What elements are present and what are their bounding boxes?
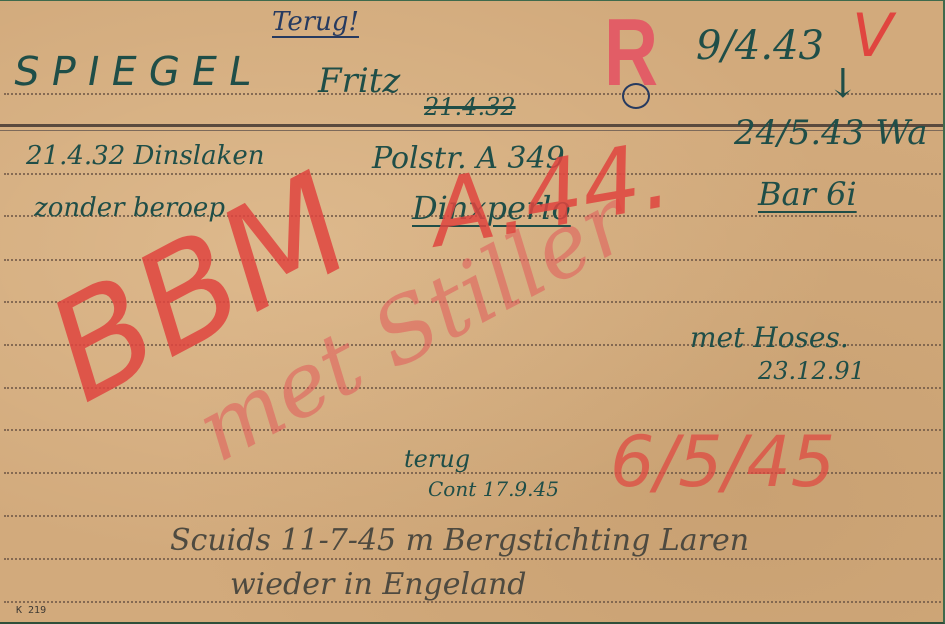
right-note-entry: Bar 6i <box>758 175 857 213</box>
met-date: 23.12.91 <box>758 357 865 385</box>
pencil-note-line1: Scuids 11-7-45 m Bergstichting Laren <box>170 523 749 558</box>
first-name: Fritz <box>318 61 400 101</box>
circled-mark <box>622 83 650 109</box>
met-note: met Hoses. <box>690 321 849 354</box>
cont-note: Cont 17.9.45 <box>428 477 559 501</box>
right-date-entry: 24/5.43 Wa <box>734 113 928 153</box>
index-card: met Stiller SPIEGEL Terug! Fritz 21.4.32… <box>0 0 945 623</box>
terug-note: terug <box>404 445 470 473</box>
ruled-line <box>4 515 941 517</box>
annotation-terug: Terug! <box>272 7 359 37</box>
struck-date: 21.4.32 <box>424 93 516 121</box>
pencil-note-line2: wieder in Engeland <box>230 567 527 602</box>
birth-date-place: 21.4.32 Dinslaken <box>26 141 264 171</box>
arrow-down-icon: ↓ <box>826 61 860 107</box>
ruled-line <box>4 558 941 560</box>
red-date-mark: 6/5/45 <box>610 421 835 503</box>
surname: SPIEGEL <box>10 49 267 95</box>
date-top-right: 9/4.43 <box>696 23 824 69</box>
printed-card-code: K 219 <box>16 605 46 616</box>
